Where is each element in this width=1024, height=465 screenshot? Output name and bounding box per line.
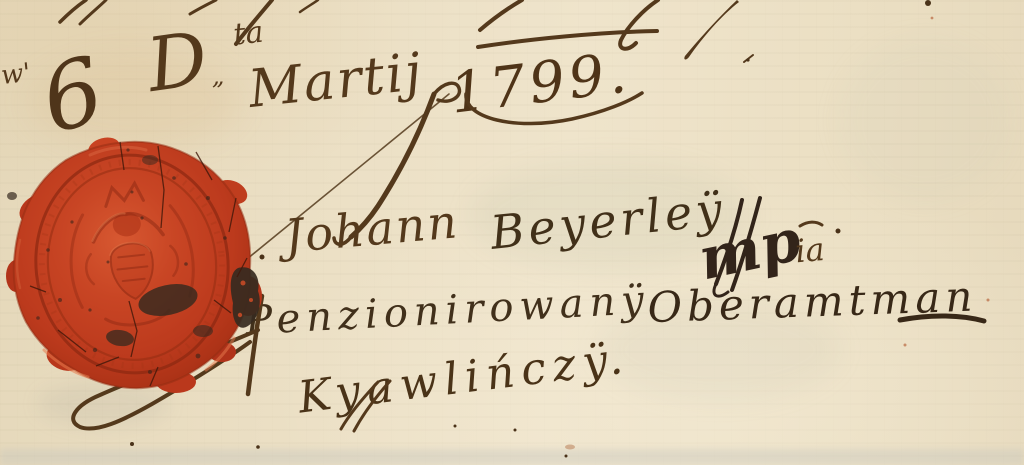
- cropped-stroke: [480, 0, 522, 30]
- date-initial-text: D: [140, 16, 213, 110]
- handwriting-layer: w' 6 D ta „ Martij 1799. Johann Beyerleÿ…: [0, 0, 1024, 465]
- title-word2-text: Oberamtman: [647, 272, 978, 332]
- place-line-text: Kyawlińczÿ.: [294, 332, 632, 423]
- cropped-stroke: [80, 0, 106, 24]
- date-quote-marks: „: [212, 62, 224, 90]
- cropped-loop-stroke: [620, 0, 658, 49]
- date-year-text: 1799.: [447, 40, 634, 126]
- dash-over-year: [478, 31, 657, 47]
- red-wax-seal: [6, 134, 262, 393]
- suffix-tilde: [800, 222, 822, 226]
- signature-last-name: Beyerleÿ: [487, 181, 729, 259]
- cropped-stroke: [190, 0, 216, 14]
- date-month-text: Martij: [245, 42, 426, 120]
- manuscript-page: w' 6 D ta „ Martij 1799. Johann Beyerleÿ…: [0, 0, 1024, 465]
- signature-first-name: Johann: [274, 194, 460, 264]
- fragment-left-text: w': [0, 58, 32, 91]
- signature-suffix-text: ia: [794, 230, 827, 270]
- cropped-stroke: [300, 0, 318, 12]
- leaf-stroke: [684, 0, 739, 60]
- cropped-stroke: [60, 0, 86, 22]
- fragment-day-text: 6: [31, 36, 114, 154]
- date-superscript-text: ta: [232, 15, 265, 53]
- title-word1-text: Penzionirowanÿ: [243, 277, 651, 344]
